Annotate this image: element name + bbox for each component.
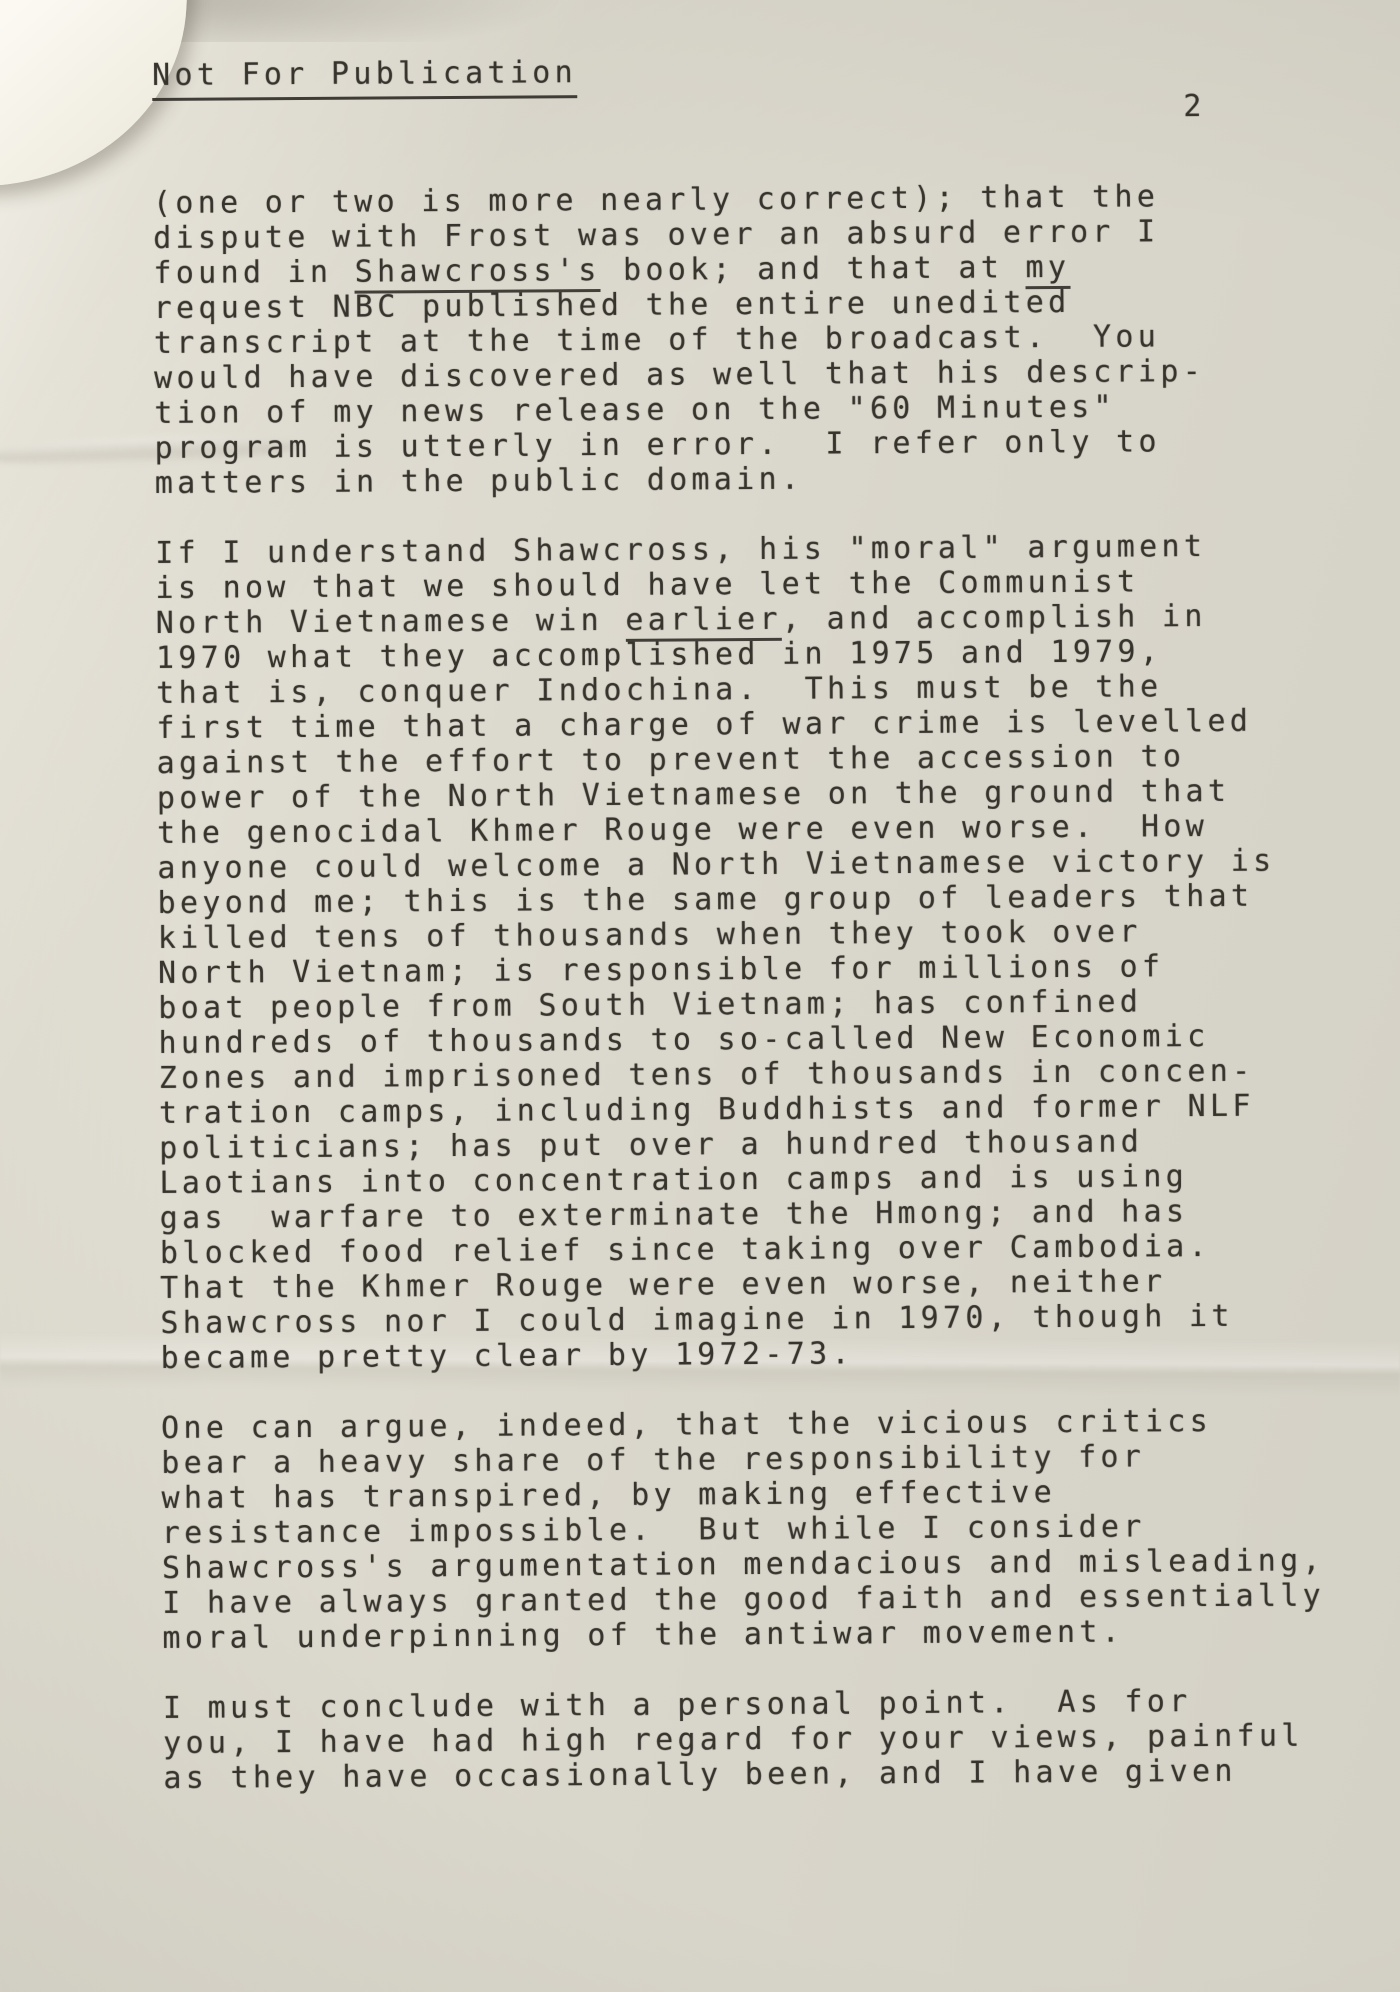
text-segment: book; and that at <box>601 250 1026 288</box>
paragraph: (one or two is more nearly correct); tha… <box>153 178 1318 501</box>
paragraph: I must conclude with a personal point. A… <box>163 1683 1326 1796</box>
classification-header: Not For Publication <box>152 55 577 101</box>
text-segment: program is utterly in error. I refer onl… <box>154 424 1160 466</box>
paragraph: If I understand Shawcross, his "moral" a… <box>155 528 1323 1376</box>
text-segment: North Vietnamese win <box>156 603 626 641</box>
typescript-line: matters in the public domain. <box>155 458 1318 501</box>
text-segment: as they have occasionally been, and I ha… <box>163 1754 1237 1796</box>
paragraph: One can argue, indeed, that the vicious … <box>161 1403 1325 1656</box>
page-number: 2 <box>1183 89 1206 124</box>
text-segment: matters in the public domain. <box>155 462 804 501</box>
text-segment: , and accomplish in <box>782 599 1207 637</box>
typescript-line: became pretty clear by 1972-73. <box>160 1333 1323 1376</box>
typescript-line: as they have occasionally been, and I ha… <box>163 1753 1326 1796</box>
underlined-text: earlier <box>625 602 782 642</box>
document-photo: Not For Publication 2 (one or two is mor… <box>0 0 1400 1992</box>
typescript-line: moral underpinning of the antiwar moveme… <box>162 1613 1325 1656</box>
text-segment: became pretty clear by 1972-73. <box>160 1336 853 1376</box>
underlined-text: my <box>1025 250 1070 289</box>
text-segment: what has transpired, by making effective <box>161 1475 1056 1516</box>
document-page: Not For Publication 2 (one or two is mor… <box>0 0 1400 1992</box>
text-segment: found in <box>153 255 354 291</box>
document-body: (one or two is more nearly correct); tha… <box>153 178 1327 1831</box>
text-segment: Shawcross nor I could imagine in 1970, t… <box>160 1299 1234 1341</box>
text-segment: moral underpinning of the antiwar moveme… <box>162 1615 1124 1656</box>
